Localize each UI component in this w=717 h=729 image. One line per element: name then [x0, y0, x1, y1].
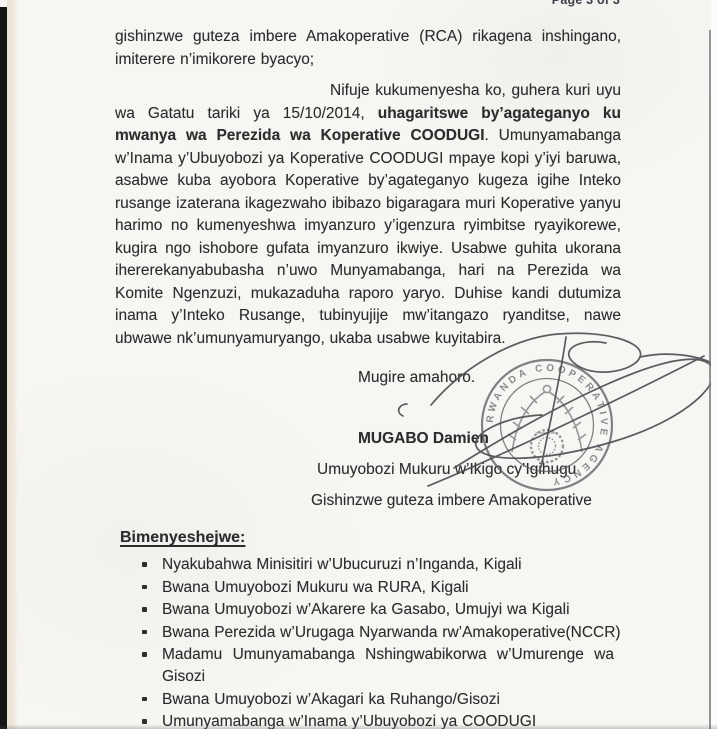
list-item: Nyakubahwa Minisitiri w’Ubucuruzi n’Inga…	[140, 554, 632, 576]
bullet-square-icon	[142, 562, 147, 567]
bullet-square-icon	[142, 630, 147, 635]
closing-salutation: Mugire amahoro.	[358, 369, 475, 387]
letter-paragraph-1: gishinzwe guteza imbere Amakoperative (R…	[115, 26, 621, 71]
list-item: Madamu Umunyamabanga Nshingwabikorwa w’U…	[140, 644, 632, 688]
scan-bottom-shadow	[0, 724, 717, 729]
scan-edge-left-black	[0, 7, 7, 729]
list-item: Bwana Umuyobozi w’Akagari ka Ruhango/Gis…	[140, 689, 632, 711]
bullet-square-icon	[142, 607, 147, 612]
cc-heading: Bimenyeshejwe:	[120, 529, 245, 547]
signer-title-line1: Umuyobozi Mukuru w’Ikigo cy’Igihugu	[317, 461, 576, 479]
cc-list: Nyakubahwa Minisitiri w’Ubucuruzi n’Inga…	[140, 554, 632, 729]
bullet-square-icon	[142, 585, 147, 590]
page-number: Page 3 of 3	[500, 0, 620, 7]
list-item: Bwana Perezida w’Urugaga Nyarwanda rw’Am…	[140, 622, 632, 644]
bullet-square-icon	[142, 719, 147, 724]
scan-edge-cream-strip	[7, 0, 18, 729]
scan-edge-right-sliver	[711, 0, 717, 729]
list-item: Bwana Umuyobozi w’Akarere ka Gasabo, Umu…	[140, 599, 632, 621]
bullet-square-icon	[142, 697, 147, 702]
list-item: Bwana Umuyobozi Mukuru wa RURA, Kigali	[140, 577, 632, 599]
signer-title-line2: Gishinzwe guteza imbere Amakoperative	[311, 492, 592, 510]
scan-edge-right-line	[709, 30, 711, 729]
letter-paragraph-2: Nifuje kukumenyesha ko, guhera kuri uyu …	[115, 80, 621, 350]
paragraph-text: . Umunyamabanga w’Inama y’Ubuyobozi ya K…	[115, 127, 621, 347]
bullet-square-icon	[142, 652, 147, 657]
scanned-letter-page: Page 3 of 3 gishinzwe guteza imbere Amak…	[0, 0, 717, 729]
signer-name: MUGABO Damien	[358, 430, 489, 448]
